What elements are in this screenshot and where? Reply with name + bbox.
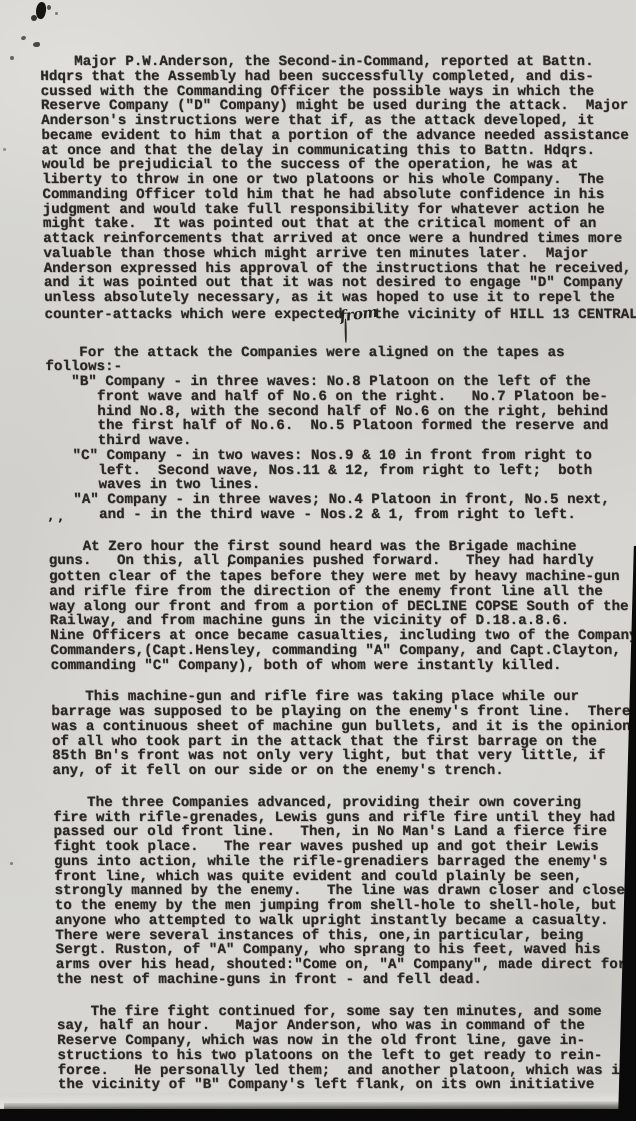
typed-text: counter-attacks which were expected (44, 307, 342, 323)
typewritten-line: Major P.W.Anderson, the Second-in-Comman… (40, 55, 636, 70)
typewritten-line: gotten clear of the taʹpes before they w… (49, 569, 636, 585)
typewritten-line: The three Companies advanced, providing … (53, 796, 636, 811)
ink-blot (86, 1066, 91, 1070)
typewritten-line: became evident to him that a portion of … (41, 129, 636, 144)
para-5-advance: The three Companies advanced, providing … (53, 796, 636, 988)
typewritten-line: arms over his head, shouted:"Come on, "A… (56, 958, 636, 973)
typewritten-line: "C" Company - in two waves: Nos.9 & 10 i… (47, 449, 636, 464)
typewritten-line: "B" Company - in three waves: No.8 Plato… (46, 375, 636, 390)
para-6-fire-fight: The fire fight continued for, some say t… (57, 1005, 636, 1094)
typewritten-line: Hdqrs that the Assembly had been success… (40, 70, 636, 85)
typewritten-line: waves in two lines. (47, 478, 636, 493)
typewritten-line: the nest of machine-guns in front - and … (56, 973, 636, 988)
typewritten-line: liberty to throw in one or two platoons … (42, 173, 636, 188)
typewritten-line: Reserve Company, which was now in the ol… (57, 1034, 636, 1049)
typewritten-line: This machine-gun and rifle fire was taki… (51, 690, 636, 705)
ink-blot (55, 12, 58, 15)
document-body: Major P.W.Anderson, the Second-in-Comman… (40, 55, 636, 1110)
typewritten-line: and it was pointed out that it was not d… (44, 276, 636, 291)
typewritten-line: Anderson's instructions were that if, as… (41, 114, 636, 129)
typewritten-line: strongly manned by the enemy. The line w… (54, 884, 636, 899)
typewritten-line: would be prejudicial to the success of t… (42, 158, 636, 173)
typewritten-line: to the enemy by the men jumping from she… (55, 899, 636, 914)
ink-blot (33, 42, 40, 47)
typewritten-line: and rifle fire from the direction of the… (49, 585, 636, 600)
typed-text: gotten clear of the ta (49, 569, 237, 585)
typewritten-line: was a continuous sheet of machine gun bu… (52, 720, 636, 735)
typewritten-line: Nine Officers at once became casualties,… (50, 629, 636, 644)
typewritten-line: For the attack the Companies were aligne… (45, 346, 636, 361)
typewritten-line: barrage was supposed to be playing on th… (51, 705, 636, 720)
typed-text: pes before they were met by heavy machin… (236, 569, 619, 585)
ink-blot (10, 56, 14, 60)
typewritten-line: "A" Company - in three waves; No.4 Plato… (48, 493, 636, 508)
typewritten-line: guns into action, while the rifle-grenad… (54, 855, 636, 870)
typewritten-line: say, half an hour. Major Anderson, who w… (57, 1019, 636, 1034)
ink-blot (10, 862, 13, 865)
typewritten-line: commanding "C" Company), both of whom we… (51, 659, 636, 674)
ink-blot (31, 15, 37, 21)
typewritten-line: 85th Bn's front was not only very light,… (52, 749, 636, 764)
scan-edge-bottom (0, 1109, 636, 1121)
ink-blot (3, 148, 6, 151)
typewritten-line: and - in the third wave - Nos.2 & 1, fro… (48, 508, 636, 523)
typewritten-line: front wave and half of No.6 on the right… (46, 390, 636, 405)
typewritten-line: fight took place. The rear waves pushed … (54, 840, 636, 855)
typewritten-line: might take. It was pointed out that at t… (43, 217, 636, 232)
typewritten-line: attack reinforcements that arrived at on… (43, 232, 636, 247)
typewritten-line: counter-attacks which were expectedfromt… (44, 306, 636, 323)
typewritten-line: Commanding Officer told him that he had … (42, 188, 636, 203)
typewritten-line: structions to his two platoons on the le… (57, 1049, 636, 1064)
typewritten-line: any, of it fell on our side or on the en… (52, 764, 636, 779)
typewritten-line: follows:- (45, 360, 636, 375)
typewritten-line: Commanders,(Capt.Hensley, commanding "A"… (50, 644, 636, 659)
para-4-barrage: This machine-gun and rifle fire was taki… (51, 690, 636, 779)
ink-blot (20, 35, 26, 40)
para-3-zero-hour: At Zero hour the first sound heard was t… (48, 540, 636, 674)
typewritten-line: unless absolutely necessary, as it was h… (44, 291, 636, 306)
typewritten-line: Sergt. Ruston, of "A" Company, who spran… (56, 943, 636, 958)
para-2-company-alignment: For the attack the Companies were aligne… (45, 346, 636, 523)
typewritten-line: valuable than those which might arrive t… (43, 247, 636, 262)
handwritten-insertion: from (339, 304, 379, 323)
ink-blot (47, 5, 51, 10)
typewritten-line: third wave. (47, 434, 636, 449)
typed-text: the vicinity of HILL 13 CENTRAL. (374, 307, 636, 323)
typewritten-line: passed our old front line. Then, in No M… (53, 825, 636, 840)
typewritten-line: guns. On this, all Companies pushed forw… (49, 554, 636, 569)
typewritten-line: Railway, and from machine guns in the vi… (50, 614, 636, 629)
scanned-document-page: Major P.W.Anderson, the Second-in-Comman… (0, 0, 636, 1121)
typewritten-line: anyone who attempted to walk upright ins… (55, 914, 636, 929)
typewritten-line: the first half of No.6. No.5 Platoon for… (46, 419, 636, 434)
typewritten-line: Reserve Company ("D" Company) might be u… (41, 99, 636, 114)
pen-margin-mark: ʼʼ (46, 517, 67, 531)
para-1-anderson-report: Major P.W.Anderson, the Second-in-Comman… (40, 55, 636, 323)
